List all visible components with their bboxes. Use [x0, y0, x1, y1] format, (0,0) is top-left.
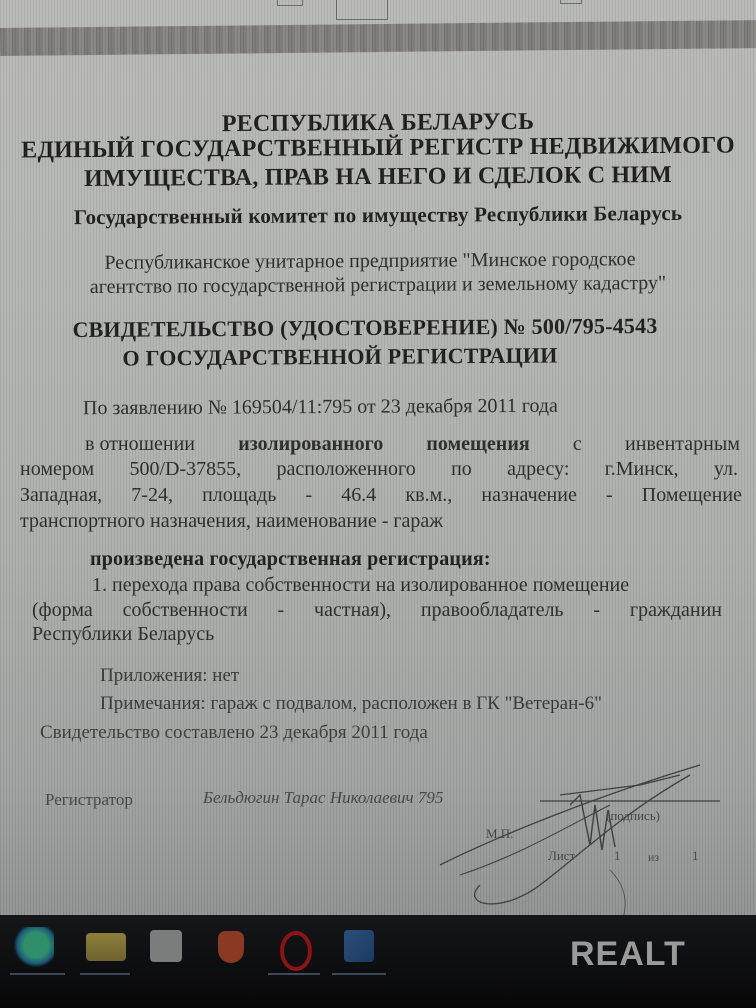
registration-item-1-line-3: Республики Беларусь: [32, 623, 214, 646]
issued-date: Свидетельство составлено 23 декабря 2011…: [40, 722, 428, 744]
store-icon[interactable]: [150, 930, 182, 962]
edge-active-indicator: [10, 973, 65, 975]
file-explorer-icon[interactable]: [86, 933, 126, 961]
registration-item-1-line-1: 1. перехода права собственности на изоли…: [92, 574, 629, 597]
registration-item-1-line-2: (форма собственности - частная), правооб…: [32, 599, 722, 622]
certificate-title: СВИДЕТЕЛЬСТВО (УДОСТОВЕРЕНИЕ) № 500/795-…: [0, 312, 730, 343]
opera-icon[interactable]: [280, 931, 312, 971]
toolbar-button[interactable]: [277, 0, 303, 6]
header-register-line2: ИМУЩЕСТВА, ПРАВ НА НЕГО И СДЕЛОК С НИМ: [0, 161, 756, 193]
edge-icon[interactable]: [14, 927, 54, 967]
header-register-line1: ЕДИНЫЙ ГОСУДАРСТВЕННЫЙ РЕГИСТР НЕДВИЖИМО…: [0, 132, 756, 164]
registrar-label: Регистратор: [45, 790, 133, 810]
notes: Примечания: гараж с подвалом, расположен…: [100, 693, 602, 715]
registrar-name: Бельдюгин Тарас Николаевич 795: [203, 788, 443, 808]
application-reference: По заявлению № 169504/11:795 от 23 декаб…: [83, 395, 558, 420]
realt-watermark: REALT: [570, 935, 686, 974]
object-line-1: в отношении изолированного помещения с и…: [85, 433, 740, 456]
registration-heading: произведена государственная регистрация:: [90, 548, 491, 571]
header-agency-line2: агентство по государственной регистрации…: [0, 271, 756, 299]
certificate-subtitle: О ГОСУДАРСТВЕННОЙ РЕГИСТРАЦИИ: [0, 342, 680, 373]
object-line-2: номером 500/D-37855, расположенного по а…: [20, 458, 738, 481]
toolbar-button-active[interactable]: [336, 0, 388, 20]
signature-scribble: [420, 755, 756, 925]
header-committee: Государственный комитет по имуществу Рес…: [0, 200, 756, 230]
attachments: Приложения: нет: [100, 665, 239, 687]
object-line-4: транспортного назначения, наименование -…: [20, 510, 443, 533]
opera-active-indicator: [268, 973, 320, 975]
word-active-indicator: [332, 973, 386, 975]
word-icon[interactable]: [344, 930, 374, 962]
toolbar-button[interactable]: [560, 0, 582, 4]
brave-icon[interactable]: [218, 931, 244, 963]
file-explorer-active-indicator: [80, 973, 130, 975]
monitor-screen: РЕСПУБЛИКА БЕЛАРУСЬ ЕДИНЫЙ ГОСУДАРСТВЕНН…: [0, 0, 756, 925]
object-line-3: Западная, 7-24, площадь - 46.4 кв.м., на…: [20, 484, 742, 507]
